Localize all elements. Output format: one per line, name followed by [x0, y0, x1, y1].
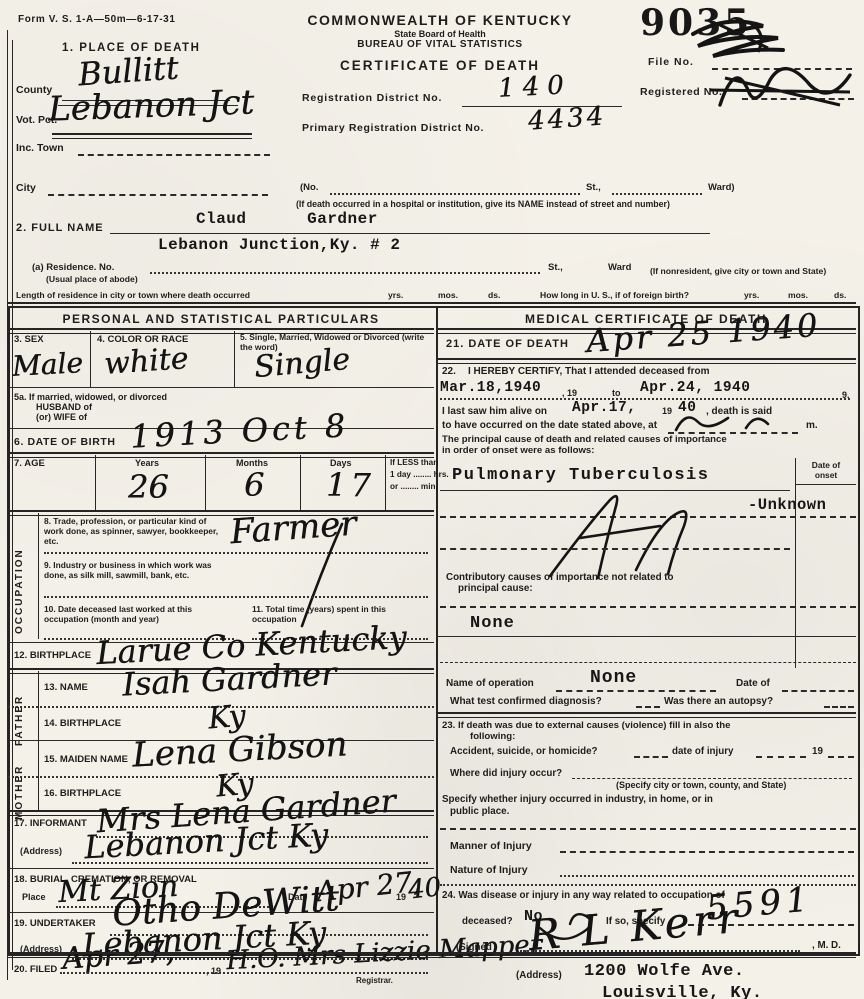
birthplace-label: 12. BIRTHPLACE [14, 650, 91, 661]
contributory-line-2 [440, 662, 856, 663]
external-causes-line2: following: [470, 731, 515, 742]
certify-number: 22. [442, 366, 456, 377]
test-label: What test confirmed diagnosis? [450, 696, 602, 707]
bottom-rule [8, 952, 856, 958]
city-ward-label: Ward) [708, 182, 735, 193]
certify-to-date: Apr.24, 1940 [640, 380, 750, 396]
certify-text: I HEREBY CERTIFY, That I attended deceas… [468, 366, 710, 377]
occurred-text: to have occurred on the date stated abov… [442, 420, 657, 431]
residence-label: (a) Residence. No. [32, 262, 114, 273]
residence-address-typed: Lebanon Junction,Ky. # 2 [158, 236, 400, 254]
death-certificate: Form V. S. 1-A—50m—6-17-31 1. PLACE OF D… [0, 0, 864, 999]
autopsy-line [824, 706, 854, 708]
operation-rule [436, 712, 856, 718]
dob-label: 6. DATE OF BIRTH [14, 436, 116, 448]
age-label: 7. AGE [14, 458, 45, 469]
specify-injury-line2: public place. [450, 806, 509, 817]
mother-name-label: 15. MAIDEN NAME [44, 754, 128, 765]
onset-label-line1: Date of [797, 460, 855, 470]
operation-label: Name of operation [446, 678, 534, 689]
father-inner-divider [38, 671, 39, 811]
specify-line [440, 828, 856, 830]
certify-19-label: , 19 [562, 388, 577, 398]
city-no-line [330, 193, 580, 195]
where-injury-label: Where did injury occur? [450, 768, 562, 779]
onset-label-rule [795, 484, 856, 485]
autopsy-label: Was there an autopsy? [664, 696, 773, 707]
file-no-label: File No. [648, 56, 694, 68]
age-divider-3 [300, 455, 301, 510]
full-name-label: 2. FULL NAME [16, 222, 104, 234]
city-no-label: (No. [300, 182, 318, 193]
principal-cause-line1: The principal cause of death and related… [442, 434, 727, 445]
occurred-m-label: m. [806, 420, 818, 431]
race-marital-divider [234, 331, 235, 387]
manner-line [560, 851, 854, 853]
md-label: , M. D. [812, 940, 841, 951]
informant-address-line [72, 862, 428, 864]
length-residence-label: Length of residence in city or town wher… [16, 290, 250, 300]
manner-of-injury-label: Manner of Injury [450, 840, 532, 852]
filed-label: 20. FILED [14, 964, 57, 975]
full-name-value: Claud Gardner [196, 210, 378, 228]
how-long-ds: ds. [834, 290, 846, 300]
marital-5a-line2: HUSBAND of [36, 402, 92, 412]
age-years-value: 26 [128, 468, 169, 506]
certify-from-date: Mar.18,1940 [440, 380, 541, 396]
city-label: City [16, 182, 36, 194]
cause-area-flourish [540, 492, 720, 582]
nonresident-note: (If nonresident, give city or town and S… [650, 266, 826, 276]
city-line [48, 194, 268, 196]
occupation-side-label: OCCUPATION [14, 522, 25, 634]
specify-injury-line1: Specify whether injury occurred in indus… [442, 794, 713, 805]
residence-st-label: St., [548, 262, 563, 273]
injury-19-line [828, 756, 854, 758]
external-causes-line1: 23. If death was due to external causes … [442, 720, 730, 731]
residence-line [150, 272, 540, 274]
certify-to-word: to [612, 388, 621, 398]
nature-line [560, 875, 854, 877]
form-number: Form V. S. 1-A—50m—6-17-31 [18, 14, 176, 25]
deceased-label: deceased? [462, 916, 513, 927]
trade-label: 8. Trade, profession, or particular kind… [44, 516, 222, 546]
last-saw-date: Apr.17, [572, 400, 636, 416]
age-divider-4 [385, 455, 386, 510]
onset-value: -Unknown [748, 496, 826, 514]
accident-line [634, 756, 668, 758]
filed-line [60, 972, 428, 974]
date-of-death-rule [436, 358, 856, 364]
operation-date-line [782, 690, 854, 692]
contributory-value-line [436, 636, 856, 637]
father-name-label: 13. NAME [44, 682, 88, 693]
physician-address-label: (Address) [516, 970, 562, 981]
cause-of-death-value: Pulmonary Tuberculosis [452, 466, 709, 485]
burial-year-hw: 40 [407, 872, 443, 905]
father-side-label: FATHER [14, 676, 25, 746]
full-name-line [110, 233, 710, 234]
board-subtitle: State Board of Health [280, 29, 600, 39]
nature-of-injury-label: Nature of Injury [450, 864, 528, 876]
bureau-subtitle: BUREAU OF VITAL STATISTICS [280, 39, 600, 50]
hospital-note: (If death occurred in a hospital or inst… [296, 199, 670, 209]
registration-district-label: Registration District No. [302, 92, 442, 104]
commonwealth-title: COMMONWEALTH OF KENTUCKY [280, 12, 600, 28]
father-birthplace-label: 14. BIRTHPLACE [44, 718, 121, 729]
onset-label-line2: onset [797, 470, 855, 480]
race-value: white [103, 341, 190, 382]
registered-no-scribble [700, 50, 860, 120]
contributory-value: None [470, 614, 515, 633]
primary-registration-value: 4434 [527, 101, 607, 136]
length-ds-label: ds. [488, 290, 500, 300]
date-of-death-label: 21. DATE OF DEATH [446, 338, 569, 350]
age-less-line2: 1 day ........ hrs. [390, 470, 449, 479]
how-long-label: How long in U. S., if of foreign birth? [540, 290, 689, 300]
cause-line-3 [440, 548, 790, 550]
cause-line [440, 490, 790, 491]
physician-address-line1: 1200 Wolfe Ave. [584, 962, 745, 981]
voting-precinct-value: Lebanon Jct [47, 82, 254, 129]
sex-race-divider [90, 331, 91, 387]
last-saw-text: I last saw him alive on [442, 406, 547, 417]
sex-label: 3. SEX [14, 334, 44, 345]
test-line [636, 706, 660, 708]
injury-date-line [756, 756, 806, 758]
registrar-label: Registrar. [356, 976, 393, 985]
accident-label: Accident, suicide, or homicide? [450, 746, 598, 757]
operation-value: None [590, 668, 637, 688]
age-days-value: 17 [326, 466, 375, 504]
physician-address-line2: Louisville, Ky. [602, 984, 763, 999]
age-divider-1 [95, 455, 96, 510]
registration-district-value: 140 [497, 70, 572, 104]
city-st-line [612, 193, 702, 195]
contributory-line [440, 606, 856, 608]
how-long-yrs: yrs. [744, 290, 759, 300]
contributory-label-line1: Contributory causes of importance not re… [446, 572, 674, 583]
burial-place-label: Place [22, 892, 46, 902]
industry-line [44, 596, 428, 598]
burial-year-printed: 19 [396, 892, 406, 902]
last-worked-label: 10. Date deceased last worked at this oc… [44, 604, 239, 624]
injury-19-label: 19 [812, 746, 823, 757]
occupation-inner-divider [38, 513, 39, 639]
sex-value: Male [11, 346, 84, 383]
age-less-line1: If LESS than [390, 458, 438, 467]
primary-registration-label: Primary Registration District No. [302, 122, 484, 134]
filed-year-printed: , 19 [206, 966, 221, 976]
length-yrs-label: yrs. [388, 290, 403, 300]
age-months-value: 6 [244, 466, 264, 504]
informant-label: 17. INFORMANT [14, 818, 87, 829]
sex-row-rule [8, 387, 434, 388]
inc-town-label: Inc. Town [16, 142, 64, 154]
age-divider-2 [205, 455, 206, 510]
marital-5a-line1: 5a. If married, widowed, or divorced [14, 392, 167, 402]
age-years-label: Years [135, 458, 159, 468]
marital-5a-line3: (or) WIFE of [36, 412, 87, 422]
abode-note: (Usual place of abode) [46, 274, 138, 284]
dob-rule [8, 452, 434, 458]
specify-city-note: (Specify city or town, county, and State… [616, 780, 786, 790]
industry-label: 9. Industry or business in which work wa… [44, 560, 222, 580]
contributory-label-line2: principal cause: [458, 583, 533, 594]
trade-line [44, 552, 428, 554]
length-mos-label: mos. [438, 290, 458, 300]
certify-line [440, 398, 850, 400]
principal-cause-line2: in order of onset were as follows: [442, 445, 594, 456]
city-st-label: St., [586, 182, 601, 193]
inc-town-line [78, 154, 270, 156]
informant-address-label: (Address) [20, 846, 62, 856]
operation-date-label: Date of [736, 678, 770, 689]
personal-title: PERSONAL AND STATISTICAL PARTICULARS [8, 312, 434, 326]
operation-line [556, 690, 716, 692]
residence-ward-label: Ward [608, 262, 631, 273]
injury-date-label: date of injury [672, 746, 734, 757]
age-less-line3: or ........ min. [390, 482, 438, 491]
how-long-mos: mos. [788, 290, 808, 300]
voting-precinct-line [52, 133, 252, 139]
mother-birthplace-label: 16. BIRTHPLACE [44, 788, 121, 799]
where-injury-line [572, 778, 852, 779]
